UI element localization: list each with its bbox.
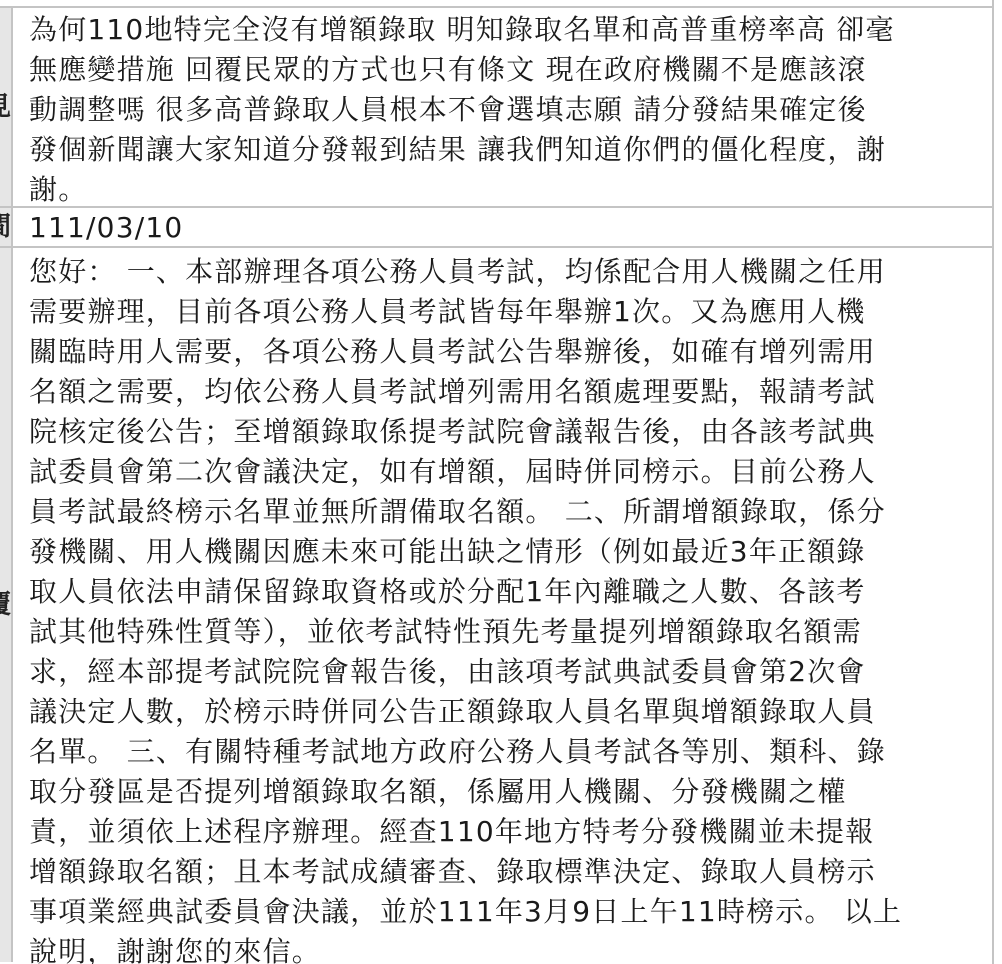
text-line: 增額錄取名額；且本考試成績審查、錄取標準決定、錄取人員榜示 <box>29 852 978 892</box>
text-line: 需要辦理，目前各項公務人員考試皆每年舉辦1次。又為應用人機 <box>29 292 978 332</box>
text-line: 謝。 <box>29 170 978 210</box>
text-line: 名單。 三、有關特種考試地方政府公務人員考試各等別、類科、錄 <box>29 732 978 772</box>
text-line: 試其他特殊性質等），並依考試特性預先考量提列增額錄取名額需 <box>29 612 978 652</box>
label-time: 間 <box>0 214 11 240</box>
text-line: 試委員會第二次會議決定，如有增額，屆時併同榜示。目前公務人 <box>29 452 978 492</box>
text-line: 為何110地特完全沒有增額錄取 明知錄取名單和高普重榜率高 卻毫 <box>29 10 978 50</box>
row-reply: 覆 您好： 一、本部辦理各項公務人員考試，均係配合用人機關之任用 需要辦理，目前… <box>0 246 992 962</box>
text-line: 無應變措施 回覆民眾的方式也只有條文 現在政府機關不是應該滾 <box>29 50 978 90</box>
text-line: 動調整嗎 很多高普錄取人員根本不會選填志願 請分發結果確定後 <box>29 90 978 130</box>
text-line: 發個新聞讓大家知道分發報到結果 讓我們知道你們的僵化程度，謝 <box>29 130 978 170</box>
opinion-text: 為何110地特完全沒有增額錄取 明知錄取名單和高普重榜率高 卻毫 無應變措施 回… <box>13 8 992 206</box>
text-line: 您好： 一、本部辦理各項公務人員考試，均係配合用人機關之任用 <box>29 252 978 292</box>
text-line: 取分發區是否提列增額錄取名額，係屬用人機關、分發機關之權 <box>29 772 978 812</box>
label-opinion: 見 <box>0 94 11 120</box>
reply-text: 您好： 一、本部辦理各項公務人員考試，均係配合用人機關之任用 需要辦理，目前各項… <box>13 248 992 962</box>
text-line: 責，並須依上述程序辦理。經查110年地方特考分發機關並未提報 <box>29 812 978 852</box>
text-line: 求，經本部提考試院院會報告後，由該項考試典試委員會第2次會 <box>29 652 978 692</box>
time-value: 111/03/10 <box>13 208 992 246</box>
text-line: 事項業經典試委員會決議，並於111年3月9日上午11時榜示。 以上 <box>29 892 978 932</box>
label-cell-reply: 覆 <box>0 248 13 962</box>
text-line: 院核定後公告；至增額錄取係提考試院會議報告後，由各該考試典 <box>29 412 978 452</box>
text-line: 發機關、用人機關因應未來可能出缺之情形（例如最近3年正額錄 <box>29 532 978 572</box>
label-cell-opinion: 見 <box>0 8 13 206</box>
text-line: 關臨時用人需要，各項公務人員考試公告舉辦後，如確有增列需用 <box>29 332 978 372</box>
date-text: 111/03/10 <box>29 208 978 248</box>
text-line: 取人員依法申請保留錄取資格或於分配1年內離職之人數、各該考 <box>29 572 978 612</box>
row-time: 間 111/03/10 <box>0 206 992 246</box>
text-line: 員考試最終榜示名單並無所謂備取名額。 二、所謂增額錄取，係分 <box>29 492 978 532</box>
qa-record-table: 見 為何110地特完全沒有增額錄取 明知錄取名單和高普重榜率高 卻毫 無應變措施… <box>0 0 994 964</box>
text-line: 名額之需要，均依公務人員考試增列需用名額處理要點，報請考試 <box>29 372 978 412</box>
label-cell-time: 間 <box>0 208 13 246</box>
row-opinion: 見 為何110地特完全沒有增額錄取 明知錄取名單和高普重榜率高 卻毫 無應變措施… <box>0 6 992 206</box>
text-line: 說明，謝謝您的來信。 <box>29 932 978 964</box>
text-line: 議決定人數，於榜示時併同公告正額錄取人員名單與增額錄取人員 <box>29 692 978 732</box>
label-reply: 覆 <box>0 592 11 618</box>
